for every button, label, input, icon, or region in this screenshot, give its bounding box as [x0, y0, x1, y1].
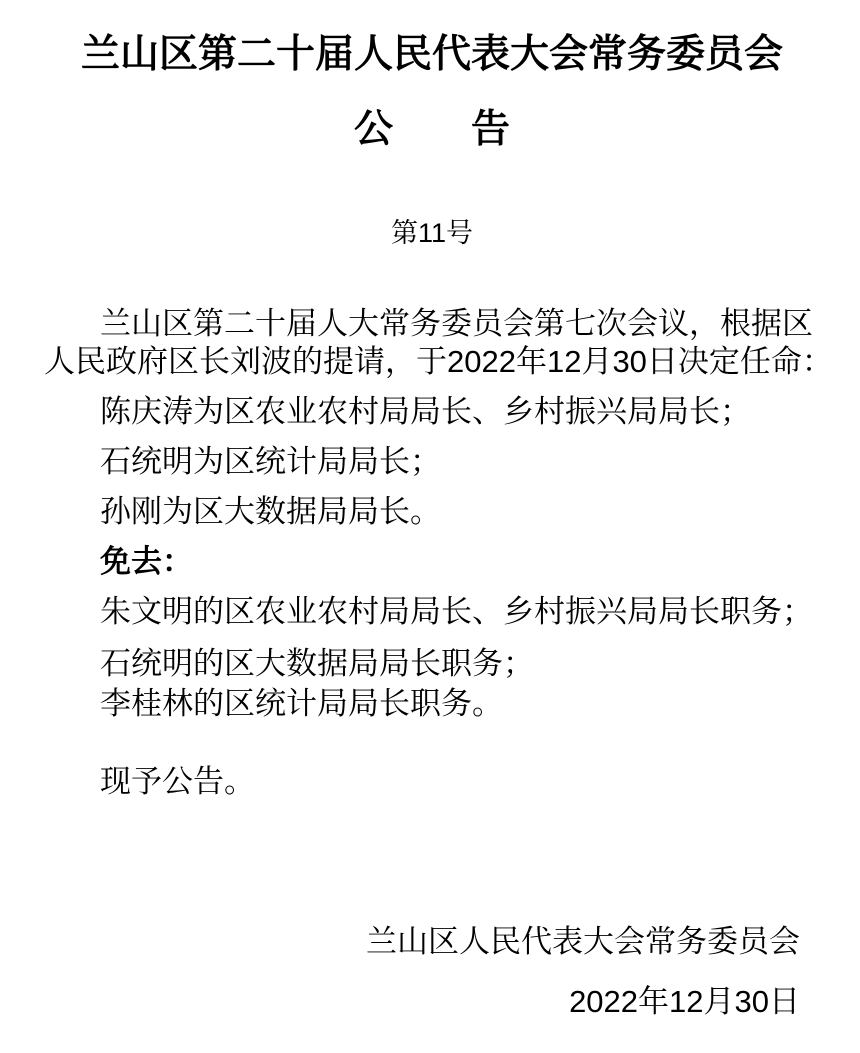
dismissal-heading: 免去：: [44, 543, 820, 581]
appointment-shi-tongming: 石统明为区统计局局长；: [44, 443, 820, 481]
issue-date: 2022年12月30日: [44, 983, 800, 1021]
document-body: 兰山区第二十届人大常务委员会第七次会议，根据区 人民政府区长刘波的提请，于202…: [44, 305, 820, 801]
dismissal-shi-tongming: 石统明的区大数据局局长职务；: [44, 645, 820, 683]
appointment-chen-qingtao: 陈庆涛为区农业农村局局长、乡村振兴局局长；: [44, 393, 820, 431]
document-title: 兰山区第二十届人民代表大会常务委员会: [44, 30, 820, 80]
closing-line: 现予公告。: [44, 763, 820, 801]
dismissal-zhu-wenming: 朱文明的区农业农村局局长、乡村振兴局局长职务；: [44, 593, 820, 631]
document-number: 第11号: [44, 217, 820, 249]
announcement-document: 兰山区第二十届人民代表大会常务委员会 公 告 第11号 兰山区第二十届人大常务委…: [0, 0, 860, 1053]
intro-line-2: 人民政府区长刘波的提请，于2022年12月30日决定任命：: [44, 343, 820, 381]
issuer-signature: 兰山区人民代表大会常务委员会: [44, 923, 800, 961]
dismissal-li-guilin: 李桂林的区统计局局长职务。: [44, 685, 820, 723]
appointment-sun-gang: 孙刚为区大数据局局长。: [44, 493, 820, 531]
document-title-second-line: 公 告: [44, 105, 820, 155]
intro-line-1: 兰山区第二十届人大常务委员会第七次会议，根据区: [44, 305, 820, 343]
